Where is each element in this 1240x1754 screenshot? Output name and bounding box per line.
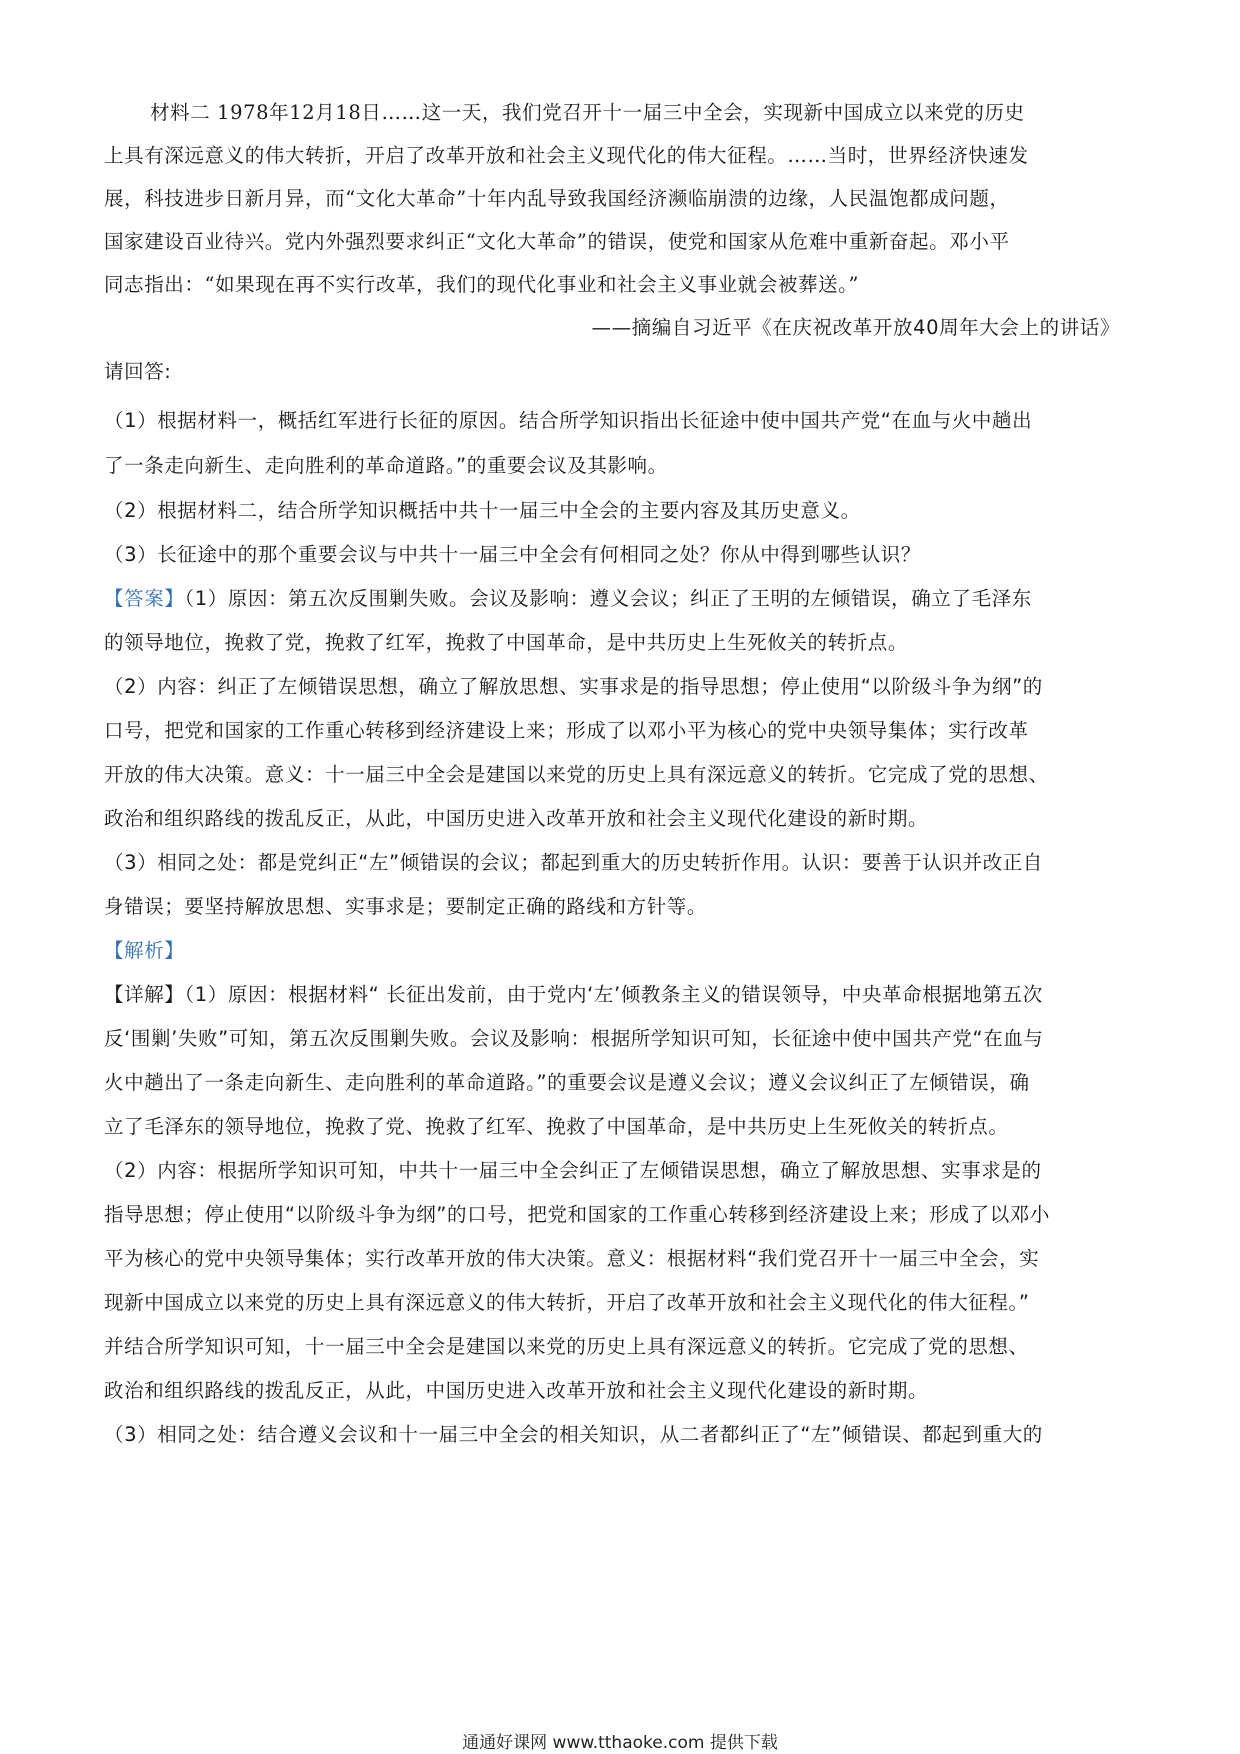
answer-3-line-1: （3）相同之处：都是党纠正“左”倾错误的会议；都起到重大的历史转折作用。认识：要… — [104, 848, 1134, 878]
material2-line-5: 同志指出：“如果现在再不实行改革，我们的现代化事业和社会主义事业就会被葬送。” — [104, 270, 1134, 300]
question-1-line-2: 了一条走向新生、走向胜利的革命道路。”的重要会议及其影响。 — [104, 451, 1134, 481]
answer-1-text: （1）原因：第五次反围剿失败。会议及影响：遵义会议；纠正了王明的左倾错误，确立了… — [184, 587, 1031, 610]
material2-line-2: 上具有深远意义的伟大转折，开启了改革开放和社会主义现代化的伟大征程。……当时，世… — [104, 141, 1134, 171]
answer-2-line-3: 开放的伟大决策。意义：十一届三中全会是建国以来党的历史上具有深远意义的转折。它完… — [104, 760, 1134, 790]
detail-2-line-3: 平为核心的党中央领导集体；实行改革开放的伟大决策。意义：根据材料“我们党召开十一… — [104, 1244, 1134, 1274]
answer-1-line-1: 【答案】（1）原因：第五次反围剿失败。会议及影响：遵义会议；纠正了王明的左倾错误… — [104, 584, 1134, 614]
material2-line-1: 材料二 1978年12月18日……这一天，我们党召开十一届三中全会，实现新中国成… — [150, 98, 1180, 128]
answer-2-line-1: （2）内容：纠正了左倾错误思想，确立了解放思想、实事求是的指导思想；停止使用“以… — [104, 672, 1134, 702]
material2-line-3: 展，科技进步日新月异，而“文化大革命”十年内乱导致我国经济濒临崩溃的边缘，人民温… — [104, 184, 1134, 214]
detail-1-text: （1）原因：根据材料“ 长征出发前，由于党内‘左’倾教条主义的错误领导，中央革命… — [184, 983, 1042, 1006]
detail-2-line-1: （2）内容：根据所学知识可知，中共十一届三中全会纠正了左倾错误思想，确立了解放思… — [104, 1156, 1134, 1186]
detail-2-line-4: 现新中国成立以来党的历史上具有深远意义的伟大转折，开启了改革开放和社会主义现代化… — [104, 1288, 1134, 1318]
detail-2-line-5: 并结合所学知识可知，十一届三中全会是建国以来党的历史上具有深远意义的转折。它完成… — [104, 1332, 1134, 1362]
detail-1-line-3: 火中趟出了一条走向新生、走向胜利的革命道路。”的重要会议是遵义会议；遵义会议纠正… — [104, 1068, 1134, 1098]
question-3: （3）长征途中的那个重要会议与中共十一届三中全会有何相同之处？你从中得到哪些认识… — [104, 540, 1134, 570]
detail-3-line-1: （3）相同之处：结合遵义会议和十一届三中全会的相关知识，从二者都纠正了“左”倾错… — [104, 1420, 1134, 1450]
material2-source: ——摘编自习近平《在庆祝改革开放40周年大会上的讲话》 — [104, 313, 1120, 343]
detail-1-line-1: 【详解】（1）原因：根据材料“ 长征出发前，由于党内‘左’倾教条主义的错误领导，… — [104, 980, 1134, 1010]
footer-watermark: 通通好课网 www.tthaoke.com 提供下载 — [0, 1728, 1240, 1753]
detail-2-line-2: 指导思想；停止使用“以阶级斗争为纲”的口号，把党和国家的工作重心转移到经济建设上… — [104, 1200, 1134, 1230]
answer-1-line-2: 的领导地位，挽救了党，挽救了红军，挽救了中国革命，是中共历史上生死攸关的转折点。 — [104, 628, 1134, 658]
questions-prompt: 请回答: — [104, 357, 1134, 387]
answer-2-line-2: 口号，把党和国家的工作重心转移到经济建设上来；形成了以邓小平为核心的党中央领导集… — [104, 716, 1134, 746]
answer-3-line-2: 身错误；要坚持解放思想、实事求是；要制定正确的路线和方针等。 — [104, 892, 1134, 922]
material2-line-4: 国家建设百业待兴。党内外强烈要求纠正“文化大革命”的错误，使党和国家从危难中重新… — [104, 227, 1134, 257]
detail-label: 【详解】 — [104, 983, 184, 1006]
answer-label: 【答案】 — [104, 587, 184, 610]
document-page: 材料二 1978年12月18日……这一天，我们党召开十一届三中全会，实现新中国成… — [0, 0, 1240, 1754]
question-2: （2）根据材料二，结合所学知识概括中共十一届三中全会的主要内容及其历史意义。 — [104, 496, 1134, 526]
detail-2-line-6: 政治和组织路线的拨乱反正，从此，中国历史进入改革开放和社会主义现代化建设的新时期… — [104, 1376, 1134, 1406]
detail-1-line-4: 立了毛泽东的领导地位，挽救了党、挽救了红军、挽救了中国革命，是中共历史上生死攸关… — [104, 1112, 1134, 1142]
detail-1-line-2: 反‘围剿’失败”可知，第五次反围剿失败。会议及影响：根据所学知识可知，长征途中使… — [104, 1024, 1134, 1054]
question-1-line-1: （1）根据材料一，概括红军进行长征的原因。结合所学知识指出长征途中使中国共产党“… — [104, 406, 1134, 436]
analysis-label: 【解析】 — [104, 936, 1134, 966]
answer-2-line-4: 政治和组织路线的拨乱反正，从此，中国历史进入改革开放和社会主义现代化建设的新时期… — [104, 804, 1134, 834]
